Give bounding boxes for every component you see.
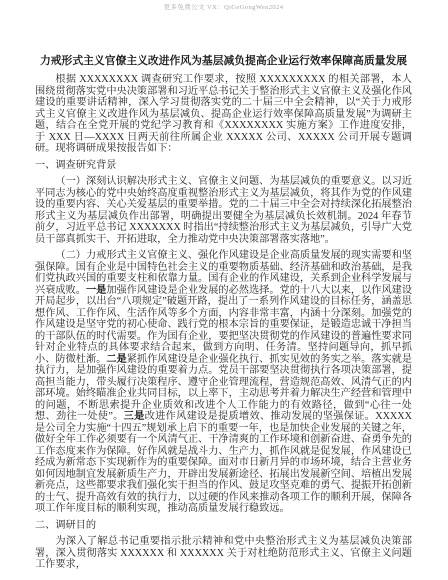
section-heading: 二、调研目的: [35, 520, 412, 532]
paragraph: 为深入了解总书记重要指示批示精神和党中央整治形式主义为基层减负决策部署，深入贯彻…: [35, 536, 412, 571]
bold-text-run: 一是: [86, 285, 106, 296]
text-run: 二、调研目的: [35, 520, 96, 531]
text-run: 改进作风建设是提质增效、推动发展的坚强保证。XXXXX 是公司全力实施“十四五”…: [35, 411, 412, 514]
text-run: 为深入了解总书记重要指示批示精神和党中央整治形式主义为基层减负决策部署，深入贯彻…: [35, 536, 412, 570]
bold-text-run: 二是: [106, 354, 126, 365]
document-title: 力戒形式主义官僚主义改进作风为基层减负提高企业运行效率保障高质量发展: [35, 55, 412, 68]
text-run: 根据 XXXXXXXX 调查研究工作要求，按照 XXXXXXXXX 的相关部署，…: [35, 74, 412, 154]
bold-text-run: 三是: [124, 411, 145, 422]
text-run: 一、调查研究背景: [35, 160, 117, 171]
document-body: 根据 XXXXXXXX 调查研究工作要求，按照 XXXXXXXXX 的相关部署，…: [35, 74, 412, 571]
section-heading: 一、调查研究背景: [35, 160, 412, 172]
document-page: 更多免费公文 VX：QiGeGongWen2024 力戒形式主义官僚主义改进作风…: [0, 0, 448, 580]
watermark-text: 更多免费公文 VX：QiGeGongWen2024: [35, 3, 412, 12]
text-run: （一）深刻认识解决形式主义、官僚主义问题、为基层减负的重要意义。以习近平同志为核…: [35, 176, 412, 245]
text-run: 加强作风建设是企业发展的必然选择。党的十八大以来，以作风建设开局起步，以出台“八…: [35, 285, 412, 365]
paragraph: （二）力戒形式主义官僚主义、强化作风建设是企业高质量发展的现实需要和坚强保障。国…: [35, 250, 412, 515]
paragraph: 根据 XXXXXXXX 调查研究工作要求，按照 XXXXXXXXX 的相关部署，…: [35, 74, 412, 155]
paragraph: （一）深刻认识解决形式主义、官僚主义问题、为基层减负的重要意义。以习近平同志为核…: [35, 176, 412, 245]
